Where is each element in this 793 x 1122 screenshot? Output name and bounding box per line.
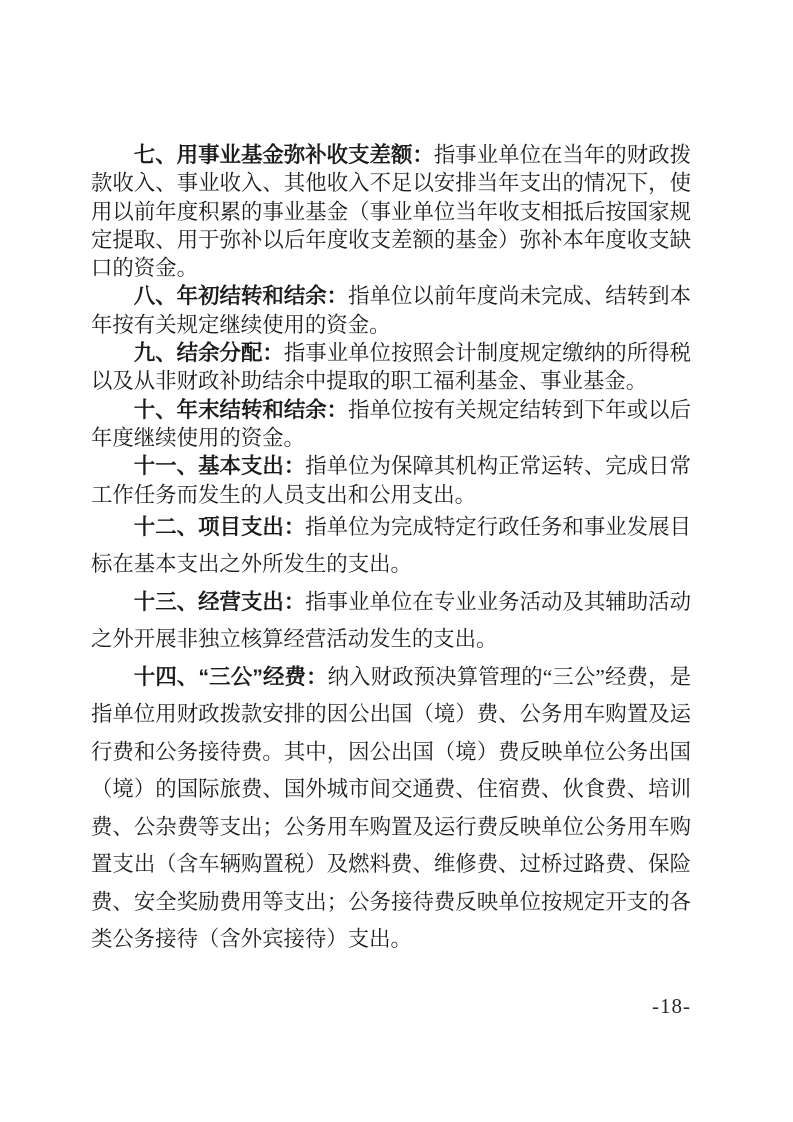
page-number: -18- <box>91 994 691 1019</box>
term-paragraph-14: 十四、“三公”经费：纳入财政预决算管理的“三公”经费，是指单位用财政拨款安排的因… <box>91 659 691 959</box>
term-paragraph-8: 八、年初结转和结余：指单位以前年度尚未完成、结转到本年按有关规定继续使用的资金。 <box>91 282 691 339</box>
term-heading: 十、年末结转和结余： <box>134 398 348 422</box>
term-paragraph-9: 九、结余分配：指事业单位按照会计制度规定缴纳的所得税以及从非财政补助结余中提取的… <box>91 339 691 396</box>
term-paragraph-10: 十、年末结转和结余：指单位按有关规定结转到下年或以后年度继续使用的资金。 <box>91 396 691 453</box>
term-definition: 纳入财政预决算管理的“三公”经费，是指单位用财政拨款安排的因公出国（境）费、公务… <box>91 665 691 952</box>
term-paragraph-11: 十一、基本支出：指单位为保障其机构正常运转、完成日常工作任务而发生的人员支出和公… <box>91 452 691 509</box>
term-heading: 十三、经营支出： <box>134 590 305 614</box>
term-paragraph-12: 十二、项目支出：指单位为完成特定行政任务和事业发展目标在基本支出之外所发生的支出… <box>91 509 691 584</box>
term-heading: 七、用事业基金弥补收支差额： <box>134 143 434 167</box>
term-heading: 八、年初结转和结余： <box>134 284 348 308</box>
document-page: 七、用事业基金弥补收支差额：指事业单位在当年的财政拨款收入、事业收入、其他收入不… <box>0 0 793 1122</box>
document-body: 七、用事业基金弥补收支差额：指事业单位在当年的财政拨款收入、事业收入、其他收入不… <box>91 141 691 959</box>
term-heading: 十四、“三公”经费： <box>134 665 328 689</box>
term-heading: 九、结余分配： <box>134 341 284 365</box>
term-paragraph-7: 七、用事业基金弥补收支差额：指事业单位在当年的财政拨款收入、事业收入、其他收入不… <box>91 141 691 282</box>
term-heading: 十一、基本支出： <box>134 454 305 478</box>
term-heading: 十二、项目支出： <box>134 515 305 539</box>
term-paragraph-13: 十三、经营支出：指事业单位在专业业务活动及其辅助活动之外开展非独立核算经营活动发… <box>91 584 691 659</box>
